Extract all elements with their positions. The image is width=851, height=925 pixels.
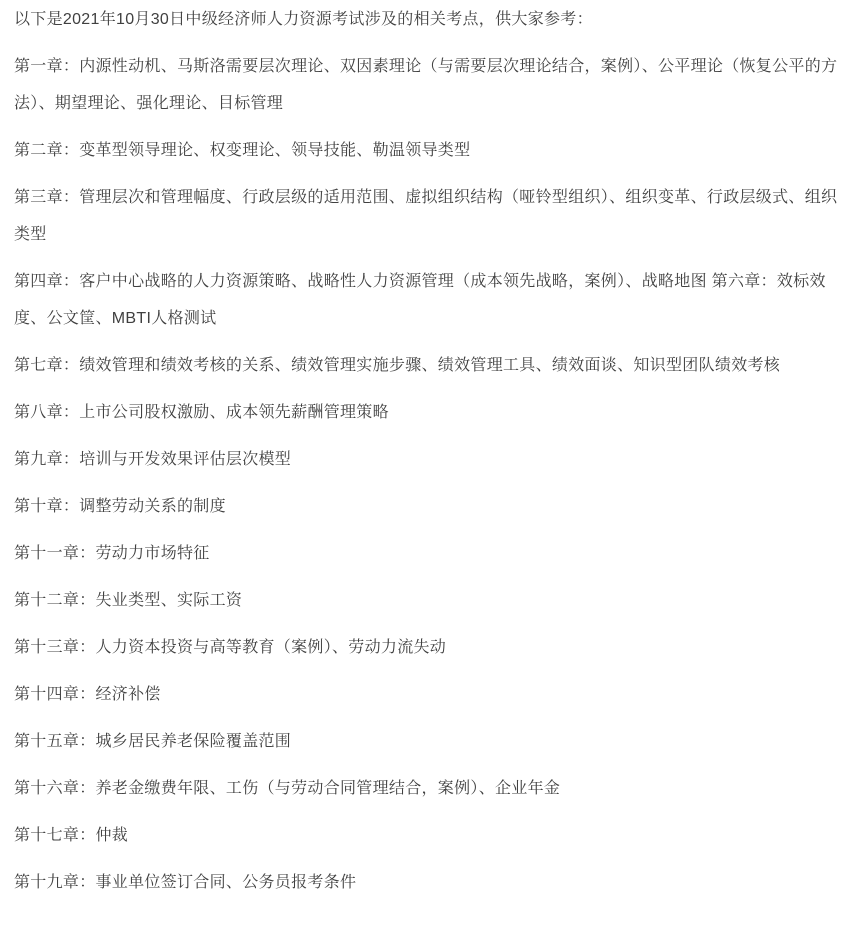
chapter-paragraph-4-6: 第四章：客户中心战略的人力资源策略、战略性人力资源管理（成本领先战略，案例）、战… xyxy=(14,263,845,337)
intro-paragraph: 以下是2021年10月30日中级经济师人力资源考试涉及的相关考点，供大家参考： xyxy=(14,1,845,38)
chapter-paragraph-13: 第十三章：人力资本投资与高等教育（案例）、劳动力流失动 xyxy=(14,629,845,666)
chapter-paragraph-17: 第十七章：仲裁 xyxy=(14,817,845,854)
chapter-paragraph-7: 第七章：绩效管理和绩效考核的关系、绩效管理实施步骤、绩效管理工具、绩效面谈、知识… xyxy=(14,347,845,384)
chapter-paragraph-8: 第八章：上市公司股权激励、成本领先薪酬管理策略 xyxy=(14,394,845,431)
chapter-paragraph-16: 第十六章：养老金缴费年限、工伤（与劳动合同管理结合，案例）、企业年金 xyxy=(14,770,845,807)
chapter-paragraph-1: 第一章：内源性动机、马斯洛需要层次理论、双因素理论（与需要层次理论结合，案例）、… xyxy=(14,48,845,122)
chapter-paragraph-9: 第九章：培训与开发效果评估层次模型 xyxy=(14,441,845,478)
chapter-paragraph-12: 第十二章：失业类型、实际工资 xyxy=(14,582,845,619)
chapter-paragraph-19: 第十九章：事业单位签订合同、公务员报考条件 xyxy=(14,864,845,901)
chapter-paragraph-10: 第十章：调整劳动关系的制度 xyxy=(14,488,845,525)
chapter-paragraph-15: 第十五章：城乡居民养老保险覆盖范围 xyxy=(14,723,845,760)
article-body: 以下是2021年10月30日中级经济师人力资源考试涉及的相关考点，供大家参考： … xyxy=(0,0,851,925)
chapter-paragraph-11: 第十一章：劳动力市场特征 xyxy=(14,535,845,572)
chapter-paragraph-14: 第十四章：经济补偿 xyxy=(14,676,845,713)
chapter-paragraph-3: 第三章：管理层次和管理幅度、行政层级的适用范围、虚拟组织结构（哑铃型组织）、组织… xyxy=(14,179,845,253)
chapter-paragraph-2: 第二章：变革型领导理论、权变理论、领导技能、勒温领导类型 xyxy=(14,132,845,169)
